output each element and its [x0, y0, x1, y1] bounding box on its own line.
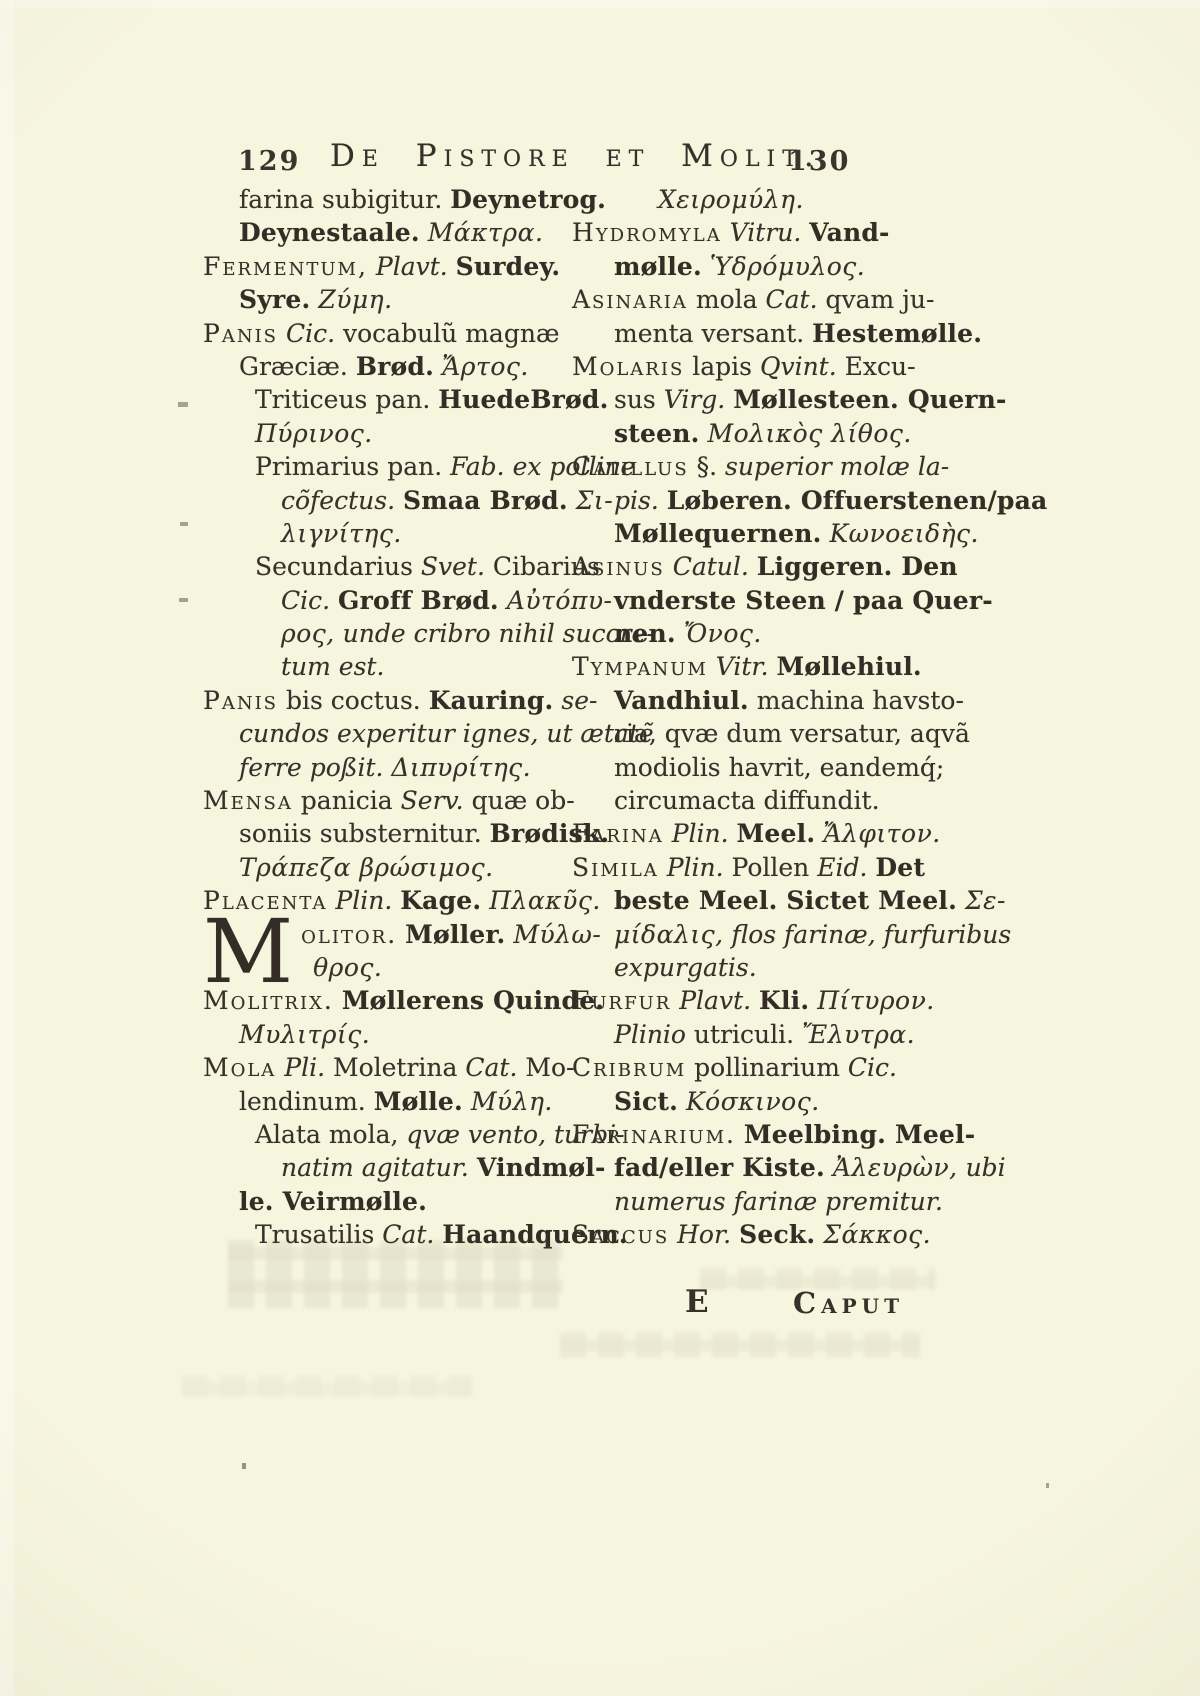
text-segment: fad/eller Kiste.	[614, 1153, 825, 1182]
entry-line: Vandhiul. machina havsto-	[614, 684, 942, 717]
book-page: 129 De Pistore et Molit. 130 farina subi…	[0, 0, 1200, 1696]
text-segment: Vand-	[809, 218, 889, 247]
text-segment: Πίτυρον.	[817, 986, 935, 1015]
text-segment: Møller.	[405, 920, 505, 949]
entry-line: Cic. Groff Brød. Αὐτόπυ-	[281, 584, 548, 617]
entry-line: steen. Μολικὸς λίθος.	[614, 417, 942, 450]
text-segment: modiolis havrit, eandemq́;	[614, 753, 944, 782]
ink-speck	[180, 522, 188, 526]
text-segment: Triticeus pan.	[255, 385, 430, 414]
text-segment: Vitru.	[730, 218, 802, 247]
text-segment: Πύρινος.	[255, 419, 373, 448]
text-segment: Μύλη.	[471, 1087, 553, 1116]
entry-line: Hydromyla Vitru. Vand-	[572, 216, 942, 249]
text-segment: soniis substernitur.	[239, 819, 482, 848]
text-segment: §.	[697, 452, 717, 481]
text-segment: Møllesteen. Quern-	[733, 385, 1006, 414]
ink-speck	[242, 1463, 246, 1469]
text-segment: Surdey.	[456, 252, 561, 281]
text-segment: Mølle.	[374, 1087, 463, 1116]
text-segment: farina subigitur.	[239, 185, 442, 214]
entry-line: sus Virg. Møllesteen. Quern-	[614, 383, 942, 416]
text-segment: Groff Brød.	[338, 586, 499, 615]
text-segment: Ὄνος.	[684, 619, 762, 648]
text-segment: Kli.	[759, 986, 809, 1015]
text-segment: lapis	[692, 352, 752, 381]
show-through-smudge	[560, 1332, 920, 1358]
text-segment: Χειρομύλη.	[658, 185, 804, 214]
entry-line: cundos experitur ignes, ut ætatẽ	[239, 717, 548, 750]
text-segment: Ἔλυτρα.	[802, 1020, 915, 1049]
text-segment: Asinus	[572, 552, 665, 581]
text-segment: Cic.	[281, 586, 330, 615]
text-segment: Asinaria	[572, 285, 688, 314]
text-segment: ria, qvæ dum versatur, aqvã	[614, 719, 970, 748]
entry-line: Sict. Κόσκινος.	[614, 1085, 942, 1118]
text-segment: nen.	[614, 619, 676, 648]
text-segment: Smaa Brød.	[403, 486, 568, 515]
signature-mark: E	[685, 1284, 710, 1320]
entry-line: Trusatilis Cat. Haandquern.	[255, 1218, 548, 1251]
entry-line: Molitrix. Møllerens Quinde.	[203, 984, 548, 1017]
text-segment: Μολικὸς λίθος.	[707, 419, 911, 448]
text-segment: Διπυρίτης.	[391, 753, 531, 782]
text-segment: Plin.	[672, 819, 729, 848]
text-segment: mola	[696, 285, 758, 314]
text-segment: olitor.	[301, 920, 397, 949]
text-segment: Meel.	[737, 819, 816, 848]
text-segment: Cic.	[848, 1053, 897, 1082]
text-segment: Ἄλφιτον.	[823, 819, 941, 848]
entry-line: Asinus Catul. Liggeren. Den	[572, 550, 942, 583]
entry-line: pis. Løberen. Offuerstenen/paa	[614, 484, 942, 517]
ink-speck	[178, 402, 188, 407]
entry-line: Panis bis coctus. Kauring. se-	[203, 684, 548, 717]
text-segment: beste Meel. Sictet Meel.	[614, 886, 957, 915]
entry-line: Asinaria mola Cat. qvam ju-	[572, 283, 942, 316]
text-segment: Primarius pan.	[255, 452, 442, 481]
text-segment: Mensa	[203, 786, 293, 815]
text-segment: Moletrina	[333, 1053, 457, 1082]
entry-line: Græciæ. Brød. Ἄρτος.	[239, 350, 548, 383]
text-segment: le. Veirmølle.	[239, 1187, 427, 1216]
text-segment: Molitrix.	[203, 986, 334, 1015]
scan-edge-top	[0, 0, 1200, 8]
text-segment: Plavt.	[679, 986, 751, 1015]
text-segment: Cat.	[766, 285, 818, 314]
entry-line: Furfur Plavt. Kli. Πίτυρον.	[572, 984, 942, 1017]
text-segment: Liggeren. Den	[757, 552, 958, 581]
text-segment: expurgatis.	[614, 953, 757, 982]
entry-line: ria, qvæ dum versatur, aqvã	[614, 717, 942, 750]
text-segment: Κωνοειδὴς.	[830, 519, 980, 548]
text-segment: Simila	[572, 853, 659, 882]
text-segment: Secundarius	[255, 552, 413, 581]
text-segment: Græciæ.	[239, 352, 348, 381]
text-segment: λιγνίτης.	[281, 519, 402, 548]
text-segment: Plin.	[335, 886, 392, 915]
entry-line: λιγνίτης.	[281, 517, 548, 550]
text-segment: sus	[614, 385, 656, 414]
text-segment: Møllerens Quinde.	[342, 986, 604, 1015]
page-number-left: 129	[238, 146, 300, 177]
text-segment: Eid.	[817, 853, 867, 882]
text-segment: Qvint.	[760, 352, 837, 381]
text-segment: Mo-	[525, 1053, 574, 1082]
entry-line: Χειρομύλη.	[658, 183, 942, 216]
text-segment: Tympanum	[572, 652, 708, 681]
entry-line: circumacta diffundit.	[614, 784, 942, 817]
text-segment: Kauring.	[429, 686, 554, 715]
entry-line: vnderste Steen / paa Quer-	[614, 584, 942, 617]
text-segment: cõfectus.	[281, 486, 395, 515]
text-segment: tum est.	[281, 652, 384, 681]
text-segment: ρος,	[281, 619, 335, 648]
text-segment: Farina	[572, 819, 664, 848]
text-segment: Møllequernen.	[614, 519, 822, 548]
text-segment: Saccus	[572, 1220, 669, 1249]
entry-line: cõfectus. Smaa Brød. Σι-	[281, 484, 548, 517]
text-segment: pis.	[614, 486, 659, 515]
text-segment: Det	[875, 853, 925, 882]
entry-line: Μυλιτρίς.	[239, 1018, 548, 1051]
text-segment: numerus farinæ premitur.	[614, 1187, 943, 1216]
text-segment: Vandhiul.	[614, 686, 749, 715]
text-segment: Ἄρτος.	[442, 352, 529, 381]
entry-line: Πύρινος.	[255, 417, 548, 450]
entry-line: Catillus §. superior molæ la-	[572, 450, 942, 483]
entry-line: lendinum. Mølle. Μύλη.	[239, 1085, 548, 1118]
entry-line: tum est.	[281, 650, 548, 683]
text-segment: Sict.	[614, 1087, 678, 1116]
entry-line: Τράπεζα βρώσιμος.	[239, 851, 548, 884]
text-segment: bis coctus.	[286, 686, 421, 715]
text-segment: Pli.	[284, 1053, 325, 1082]
entry-line: expurgatis.	[614, 951, 942, 984]
entry-line: Syre. Ζύμη.	[239, 283, 548, 316]
text-segment: Plavt.	[376, 252, 448, 281]
entry-line: farina subigitur. Deynetrog.	[239, 183, 548, 216]
catchword: Caput	[793, 1286, 904, 1320]
text-segment: lendinum.	[239, 1087, 366, 1116]
text-segment: Brød.	[356, 352, 434, 381]
entry-line: Farinarium. Meelbing. Meel-	[572, 1118, 942, 1151]
text-segment: menta versant.	[614, 319, 804, 348]
right-column: Χειρομύλη.Hydromyla Vitru. Vand-mølle. Ὑ…	[572, 183, 942, 1252]
entry-line: Molaris lapis Qvint. Excu-	[572, 350, 942, 383]
text-segment: Svet.	[421, 552, 485, 581]
text-segment: Farinarium.	[572, 1120, 736, 1149]
text-segment: Kage.	[400, 886, 481, 915]
ink-speck	[1046, 1483, 1049, 1488]
text-segment: Κόσκινος.	[686, 1087, 820, 1116]
text-segment: Plin.	[667, 853, 724, 882]
entry-line: soniis substernitur. Brødisk.	[239, 817, 548, 850]
text-segment: Cat.	[465, 1053, 517, 1082]
text-segment: θρος.	[313, 953, 382, 982]
entry-line: mølle. Ὑδρόμυλος.	[614, 250, 942, 283]
text-segment: vnderste Steen / paa Quer-	[614, 586, 993, 615]
text-segment: Alata mola,	[255, 1120, 398, 1149]
text-segment: Trusatilis	[255, 1220, 374, 1249]
text-segment: Plinio	[614, 1020, 686, 1049]
text-segment: qvam ju-	[825, 285, 934, 314]
entry-line: le. Veirmølle.	[239, 1185, 548, 1218]
entry-line: menta versant. Hestemølle.	[614, 317, 942, 350]
text-segment: Hestemølle.	[812, 319, 982, 348]
text-segment: ubi	[966, 1153, 1006, 1182]
text-segment: machina havsto-	[757, 686, 964, 715]
text-segment: vocabulũ magnæ	[343, 319, 559, 348]
text-segment: Møllehiul.	[777, 652, 922, 681]
ink-speck	[179, 598, 188, 602]
entry-line: θρος.	[313, 951, 601, 984]
entry-line: Primarius pan. Fab. ex polline	[255, 450, 548, 483]
text-segment: Cic.	[286, 319, 335, 348]
text-segment: Løberen. Offuerstenen/paa	[667, 486, 1048, 515]
entry-line: Mola Pli. Moletrina Cat. Mo-	[203, 1051, 548, 1084]
text-segment: Catillus	[572, 452, 689, 481]
text-segment: Σάκκος.	[823, 1220, 931, 1249]
text-segment: Ἀλευρὼν,	[833, 1153, 958, 1182]
entry-line: Tympanum Vitr. Møllehiul.	[572, 650, 942, 683]
entry-line: Mensa panicia Serv. quæ ob-	[203, 784, 548, 817]
text-segment: Excu-	[845, 352, 916, 381]
text-segment: Molaris	[572, 352, 684, 381]
text-segment: Fermentum,	[203, 252, 368, 281]
text-segment: pollinarium	[694, 1053, 840, 1082]
entry-line: Plinio utriculi. Ἔλυτρα.	[614, 1018, 942, 1051]
text-segment: quæ ob-	[472, 786, 575, 815]
text-segment: Deynestaale.	[239, 218, 420, 247]
scan-edge	[0, 0, 14, 1696]
entry-line: fad/eller Kiste. Ἀλευρὼν, ubi	[614, 1151, 942, 1184]
text-segment: Virg.	[664, 385, 726, 414]
entry-line: ferre poßit. Διπυρίτης.	[239, 751, 548, 784]
entry-line: Saccus Hor. Seck. Σάκκος.	[572, 1218, 942, 1251]
text-segment: utriculi.	[694, 1020, 794, 1049]
text-segment: Serv.	[401, 786, 464, 815]
text-segment: Meelbing. Meel-	[744, 1120, 975, 1149]
text-segment: panicia	[301, 786, 393, 815]
text-segment: Ὑδρόμυλος.	[710, 252, 865, 281]
text-segment: Σε-	[965, 886, 1006, 915]
text-segment: Pollen	[732, 853, 810, 882]
text-segment: μίδαλις,	[614, 920, 724, 949]
text-segment: Τράπεζα βρώσιμος.	[239, 853, 494, 882]
page-number-right: 130	[788, 146, 850, 177]
drop-cap-letter: M	[203, 920, 293, 984]
entry-line: μίδαλις, flos farinæ, furfuribus	[614, 918, 942, 951]
text-segment: Hor.	[677, 1220, 731, 1249]
text-segment: ferre poßit.	[239, 753, 383, 782]
entry-line: Triticeus pan. HuedeBrød.	[255, 383, 548, 416]
text-segment: Cribrum	[572, 1053, 686, 1082]
text-segment: Ζύμη.	[318, 285, 392, 314]
entry-line: Alata mola, qvæ vento, turbi-	[255, 1118, 548, 1151]
entry-line: ρος, unde cribro nihil succre-	[281, 617, 548, 650]
text-segment: Furfur	[572, 986, 671, 1015]
entry-line: Møllequernen. Κωνοειδὴς.	[614, 517, 942, 550]
text-segment: Cat.	[382, 1220, 434, 1249]
entry-line: olitor. Møller. Μύλω-	[301, 918, 601, 951]
entry-line: natim agitatur. Vindmøl-	[281, 1151, 548, 1184]
text-segment: Panis	[203, 319, 278, 348]
text-segment: mølle.	[614, 252, 702, 281]
entry-line: Deynestaale. Μάκτρα.	[239, 216, 548, 249]
text-segment: steen.	[614, 419, 700, 448]
text-segment: Syre.	[239, 285, 310, 314]
text-segment: flos farinæ, furfuribus	[732, 920, 1012, 949]
entry-line: Secundarius Svet. Cibarius	[255, 550, 548, 583]
entry-line-dropcap: Molitor. Møller. Μύλω-θρος.	[203, 918, 548, 985]
text-segment: superior molæ la-	[725, 452, 949, 481]
text-segment: circumacta diffundit.	[614, 786, 880, 815]
entry-line: nen. Ὄνος.	[614, 617, 942, 650]
entry-line: Fermentum, Plavt. Surdey.	[203, 250, 548, 283]
entry-line: beste Meel. Sictet Meel. Σε-	[614, 884, 942, 917]
text-segment: Vitr.	[716, 652, 769, 681]
text-segment: Seck.	[739, 1220, 815, 1249]
entry-line: Cribrum pollinarium Cic.	[572, 1051, 942, 1084]
entry-line: modiolis havrit, eandemq́;	[614, 751, 942, 784]
show-through-smudge	[182, 1375, 472, 1397]
entry-line: Farina Plin. Meel. Ἄλφιτον.	[572, 817, 942, 850]
entry-line: numerus farinæ premitur.	[614, 1185, 942, 1218]
left-column: farina subigitur. Deynetrog.Deynestaale.…	[203, 183, 548, 1252]
text-segment: Μάκτρα.	[428, 218, 544, 247]
text-segment: Catul.	[673, 552, 749, 581]
text-segment: Hydromyla	[572, 218, 722, 247]
text-segment: Μυλιτρίς.	[239, 1020, 370, 1049]
text-segment: natim agitatur.	[281, 1153, 469, 1182]
entry-line: Simila Plin. Pollen Eid. Det	[572, 851, 942, 884]
running-title: De Pistore et Molit.	[330, 138, 821, 174]
text-segment: Panis	[203, 686, 278, 715]
entry-line: Panis Cic. vocabulũ magnæ	[203, 317, 548, 350]
text-segment: Mola	[203, 1053, 276, 1082]
